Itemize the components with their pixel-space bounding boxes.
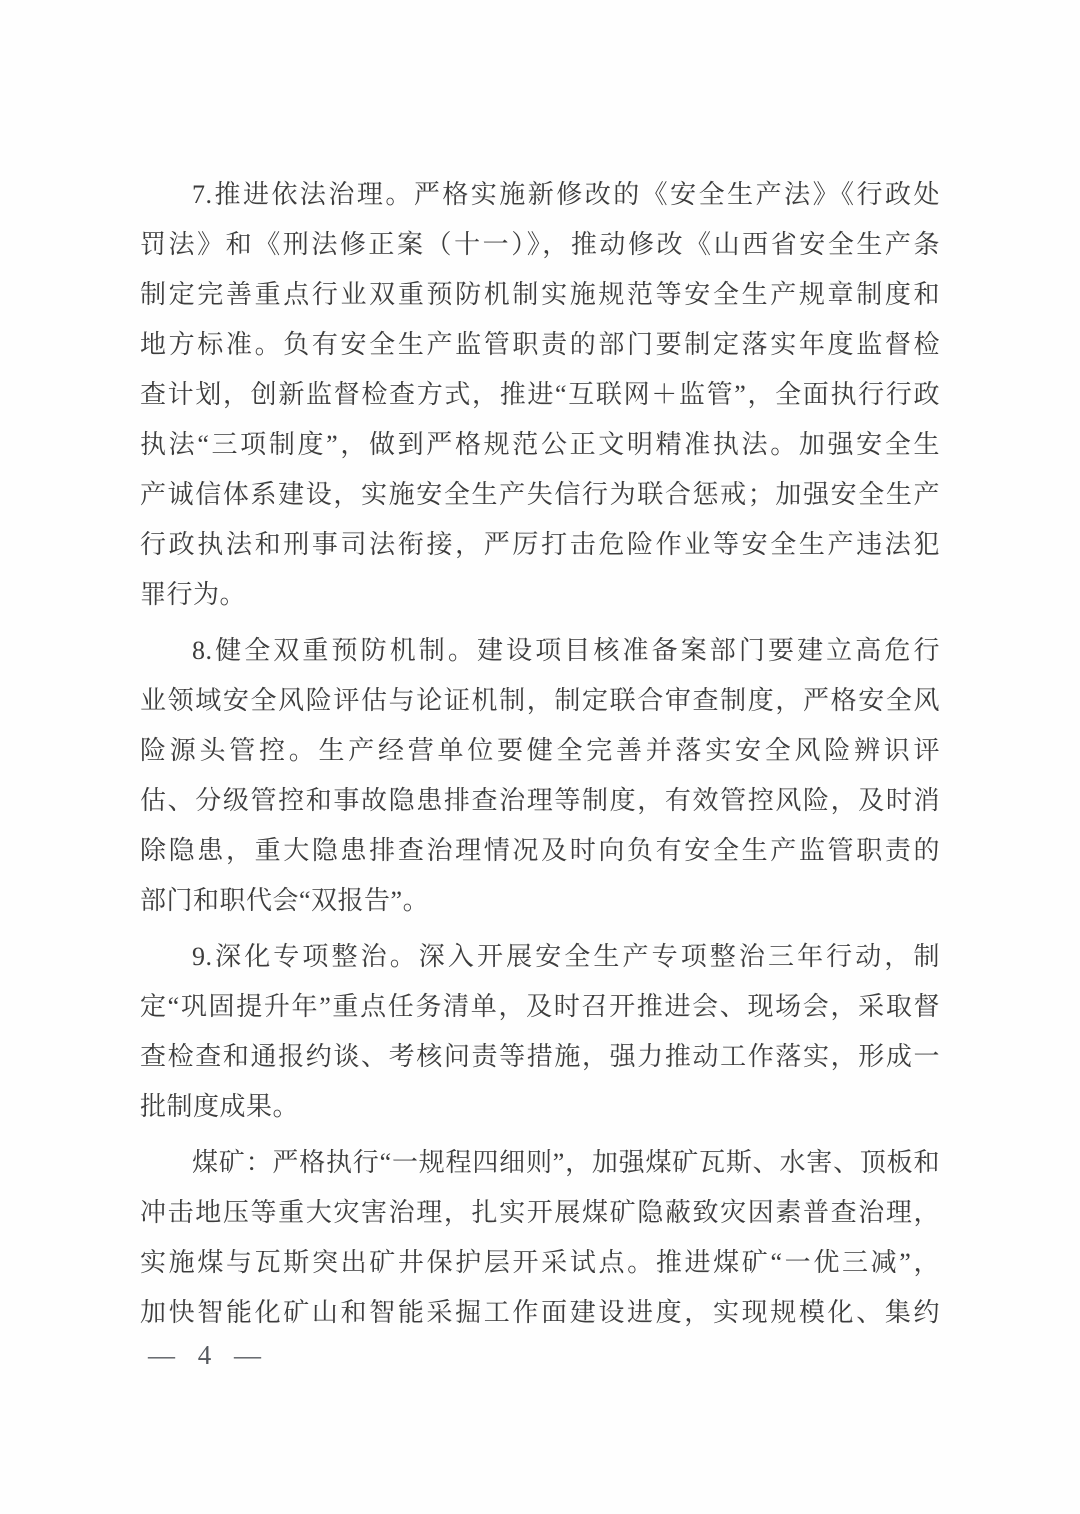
paragraph-item-9: 9.深化专项整治。深入开展安全生产专项整治三年行动，制 定“巩固提升年”重点任务…: [140, 932, 940, 1132]
text-line: 查计划，创新监督检查方式，推进“互联网＋监管”，全面执行行政: [140, 370, 940, 420]
paragraph-item-7: 7.推进依法治理。严格实施新修改的《安全生产法》《行政处 罚法》和《刑法修正案（…: [140, 170, 940, 620]
document-page: 7.推进依法治理。严格实施新修改的《安全生产法》《行政处 罚法》和《刑法修正案（…: [0, 0, 1080, 1514]
document-body: 7.推进依法治理。严格实施新修改的《安全生产法》《行政处 罚法》和《刑法修正案（…: [140, 170, 940, 1338]
text-line: 产诚信体系建设，实施安全生产失信行为联合惩戒；加强安全生产: [140, 470, 940, 520]
text-line: 险源头管控。生产经营单位要健全完善并落实安全风险辨识评: [140, 726, 940, 776]
text-line: 9.深化专项整治。深入开展安全生产专项整治三年行动，制: [140, 932, 940, 982]
text-line: 罚法》和《刑法修正案（十一）》，推动修改《山西省安全生产条例》，: [140, 220, 940, 270]
text-line: 行政执法和刑事司法衔接，严厉打击危险作业等安全生产违法犯: [140, 520, 940, 570]
text-line: 业领域安全风险评估与论证机制，制定联合审查制度，严格安全风: [140, 676, 940, 726]
text-line: 冲击地压等重大灾害治理，扎实开展煤矿隐蔽致灾因素普查治理，: [140, 1188, 940, 1238]
paragraph-coal-mine: 煤矿：严格执行“一规程四细则”，加强煤矿瓦斯、水害、顶板和 冲击地压等重大灾害治…: [140, 1138, 940, 1338]
text-line: 定“巩固提升年”重点任务清单，及时召开推进会、现场会，采取督: [140, 982, 940, 1032]
text-line: 批制度成果。: [140, 1082, 940, 1132]
text-line: 查检查和通报约谈、考核问责等措施，强力推动工作落实，形成一: [140, 1032, 940, 1082]
text-line: 实施煤与瓦斯突出矿井保护层开采试点。推进煤矿“一优三减”，: [140, 1238, 940, 1288]
text-line: 除隐患，重大隐患排查治理情况及时向负有安全生产监管职责的: [140, 826, 940, 876]
text-line: 加快智能化矿山和智能采掘工作面建设进度，实现规模化、集约: [140, 1288, 940, 1338]
text-line: 制定完善重点行业双重预防机制实施规范等安全生产规章制度和: [140, 270, 940, 320]
text-line: 执法“三项制度”，做到严格规范公正文明精准执法。加强安全生: [140, 420, 940, 470]
text-line: 地方标准。负有安全生产监管职责的部门要制定落实年度监督检: [140, 320, 940, 370]
text-line: 部门和职代会“双报告”。: [140, 876, 940, 926]
text-line: 煤矿：严格执行“一规程四细则”，加强煤矿瓦斯、水害、顶板和: [140, 1138, 940, 1188]
text-line: 8.健全双重预防机制。建设项目核准备案部门要建立高危行: [140, 626, 940, 676]
paragraph-item-8: 8.健全双重预防机制。建设项目核准备案部门要建立高危行 业领域安全风险评估与论证…: [140, 626, 940, 926]
page-number: — 4 —: [148, 1340, 269, 1371]
text-line: 7.推进依法治理。严格实施新修改的《安全生产法》《行政处: [140, 170, 940, 220]
text-line: 估、分级管控和事故隐患排查治理等制度，有效管控风险，及时消: [140, 776, 940, 826]
text-line: 罪行为。: [140, 570, 940, 620]
